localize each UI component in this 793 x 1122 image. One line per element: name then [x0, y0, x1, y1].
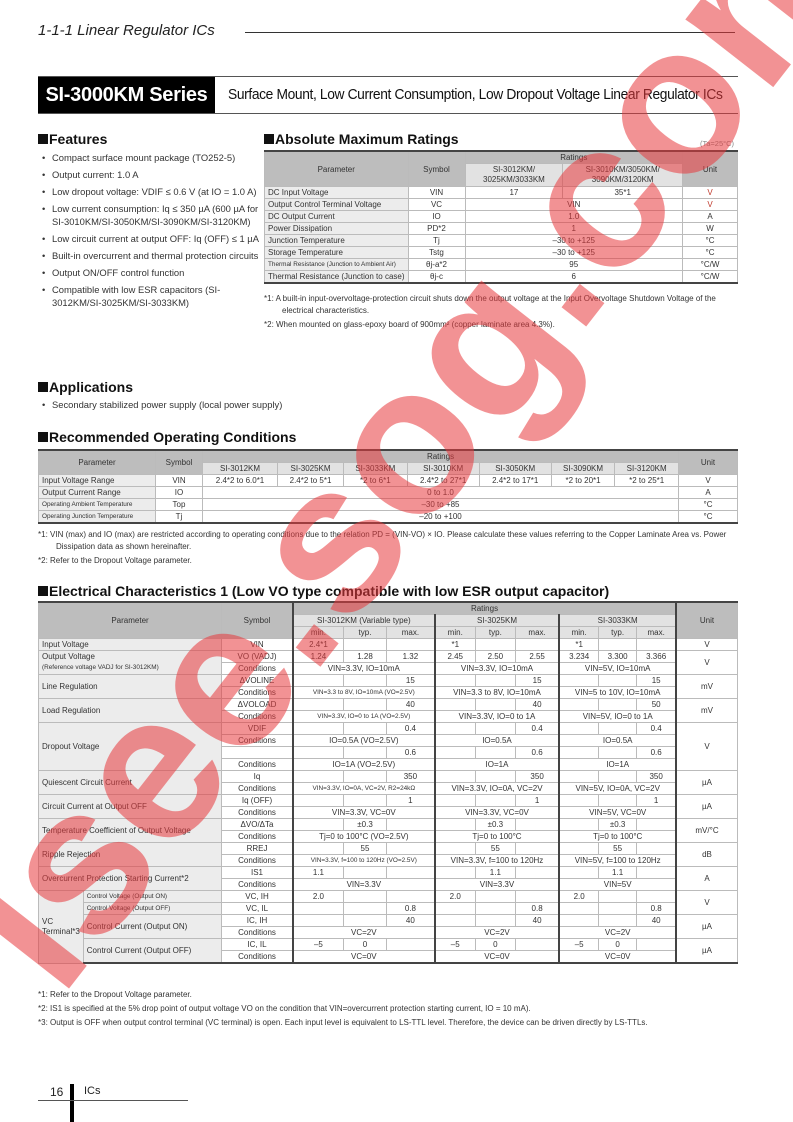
list-item: Built-in overcurrent and thermal protect…: [38, 249, 260, 262]
table-cell: [637, 891, 676, 903]
table-cell: Ratings: [465, 151, 683, 164]
table-cell: ±0.3: [475, 819, 515, 831]
table-cell: VIN: [408, 187, 465, 199]
table-cell: Conditions: [222, 687, 294, 699]
table-cell: [559, 795, 598, 807]
table-cell: VC=0V: [293, 951, 435, 964]
table-cell: [515, 939, 559, 951]
table-row: Thermal Resistance (Junction to case)θj-…: [265, 271, 738, 284]
table-cell: W: [683, 223, 738, 235]
applications-heading: Applications: [38, 379, 133, 395]
table-cell: [343, 795, 386, 807]
table-cell: 3.234: [559, 651, 598, 663]
table-cell: 2.0: [435, 891, 476, 903]
table-cell: Storage Temperature: [265, 247, 409, 259]
series-subtitle: Surface Mount, Low Current Consumption, …: [228, 77, 722, 113]
table-row: Operating Junction TemperatureTj–20 to +…: [39, 511, 738, 524]
table-row: Input Voltage RangeVIN2.4*2 to 6.0*12.4*…: [39, 475, 738, 487]
table-cell: SI-3012KM/ 3025KM/3033KM: [465, 164, 563, 187]
list-item: Low circuit current at output OFF: Iq (O…: [38, 232, 260, 245]
table-cell: [435, 795, 476, 807]
table-cell: VC=2V: [293, 927, 435, 939]
table-cell: [559, 771, 598, 783]
table-cell: Tj: [408, 235, 465, 247]
table-cell: VIN=5V, VC=0V: [559, 807, 676, 819]
table-cell: –20 to +100: [203, 511, 679, 524]
table-cell: VIN=3.3V, VC=0V: [435, 807, 560, 819]
table-cell: Tj: [156, 511, 203, 524]
table-cell: ΔVOLINE: [222, 675, 294, 687]
table-cell: min.: [293, 627, 343, 639]
table-cell: [293, 915, 343, 927]
table-cell: A: [679, 487, 738, 499]
table-cell: VIN=5V, IO=0A, VC=2V: [559, 783, 676, 795]
table-cell: *1: [559, 639, 598, 651]
footnote: *1: Refer to the Dropout Voltage paramet…: [38, 989, 758, 1001]
table-row: Output Voltage(Reference voltage VADJ fo…: [39, 651, 738, 663]
table-cell: [435, 819, 476, 831]
table-cell: 6: [465, 271, 683, 284]
list-item: Compatible with low ESR capacitors (SI-3…: [38, 283, 260, 309]
table-cell: 2.4*2 to 6.0*1: [203, 475, 278, 487]
table-cell: 55: [598, 843, 636, 855]
table-cell: 3.300: [598, 651, 636, 663]
table-cell: [435, 747, 476, 759]
table-cell: VIN=5V, IO=0 to 1A: [559, 711, 676, 723]
table-cell: *2 to 20*1: [551, 475, 615, 487]
table-cell: [598, 903, 636, 915]
table-cell: [637, 843, 676, 855]
table-cell: Operating Ambient Temperature: [39, 499, 156, 511]
table-cell: [435, 771, 476, 783]
table-cell: 0.8: [515, 903, 559, 915]
table-cell: µA: [676, 771, 738, 795]
table-cell: typ.: [598, 627, 636, 639]
table-cell: °C/W: [683, 259, 738, 271]
table-cell: [475, 699, 515, 711]
table-cell: –5: [435, 939, 476, 951]
table-cell: IC, IL: [222, 939, 294, 951]
table-cell: Unit: [683, 151, 738, 187]
table-cell: VC, IL: [222, 903, 294, 915]
table-row: Input VoltageVIN2.4*1*1*1V: [39, 639, 738, 651]
amr-condition: (Ta=25°C): [700, 139, 734, 148]
table-cell: VIN=3.3V, f=100 to 120Hz (VO=2.5V): [293, 855, 435, 867]
header-rule: [245, 32, 735, 33]
table-cell: Conditions: [222, 711, 294, 723]
table-cell: [387, 939, 435, 951]
table-cell: [637, 639, 676, 651]
footer-bar: [70, 1084, 74, 1122]
table-cell: θj-a*2: [408, 259, 465, 271]
table-row: Storage TemperatureTstg–30 to +125°C: [265, 247, 738, 259]
table-cell: 0.4: [515, 723, 559, 735]
table-cell: 2.4*2 to 27*1: [407, 475, 479, 487]
table-cell: [475, 675, 515, 687]
features-heading: Features: [38, 131, 107, 147]
table-cell: [435, 723, 476, 735]
table-cell: [559, 867, 598, 879]
table-cell: µA: [676, 795, 738, 819]
table-cell: [515, 867, 559, 879]
table-cell: [559, 843, 598, 855]
table-row: Temperature Coefficient of Output Voltag…: [39, 819, 738, 831]
table-cell: [559, 675, 598, 687]
table-cell: 95: [465, 259, 683, 271]
table-cell: 0: [598, 939, 636, 951]
table-cell: VIN=5 to 10V, IO=10mA: [559, 687, 676, 699]
table-cell: IO=0.5A: [559, 735, 676, 747]
table-cell: 40: [515, 699, 559, 711]
table-cell: Parameter: [265, 151, 409, 187]
table-cell: 40: [387, 699, 435, 711]
table-row: Quiescent Circuit CurrentIq350350350µA: [39, 771, 738, 783]
table-cell: IO: [408, 211, 465, 223]
amr-table: ParameterSymbolRatingsUnitSI-3012KM/ 302…: [264, 150, 738, 284]
table-cell: 350: [515, 771, 559, 783]
table-cell: [515, 891, 559, 903]
table-cell: 350: [637, 771, 676, 783]
table-cell: [293, 843, 343, 855]
table-row: Circuit Current at Output OFFIq (OFF)111…: [39, 795, 738, 807]
table-cell: 1.0: [465, 211, 683, 223]
table-row: Output Current RangeIO0 to 1.0A: [39, 487, 738, 499]
table-cell: RREJ: [222, 843, 294, 855]
table-cell: 2.55: [515, 651, 559, 663]
table-cell: VIN=3.3V, VC=0V: [293, 807, 435, 819]
table-cell: Power Dissipation: [265, 223, 409, 235]
table-cell: 2.0: [559, 891, 598, 903]
table-cell: *2 to 6*1: [344, 475, 408, 487]
table-cell: V: [676, 639, 738, 651]
table-cell: [343, 891, 386, 903]
footer-rule: [38, 1100, 188, 1101]
table-cell: DC Output Current: [265, 211, 409, 223]
table-cell: Output Voltage(Reference voltage VADJ fo…: [39, 651, 222, 675]
table-cell: 1.32: [387, 651, 435, 663]
table-cell: VDIF: [222, 723, 294, 735]
table-cell: 40: [387, 915, 435, 927]
table-cell: [598, 723, 636, 735]
table-cell: Conditions: [222, 879, 294, 891]
table-cell: Control Current (Output ON): [83, 915, 221, 939]
table-cell: [387, 867, 435, 879]
list-item: Compact surface mount package (TO252-5): [38, 151, 260, 164]
table-cell: 1.24: [293, 651, 343, 663]
roc-table: ParameterSymbolRatingsUnitSI-3012KMSI-30…: [38, 449, 738, 524]
table-cell: max.: [515, 627, 559, 639]
ec-notes: *1: Refer to the Dropout Voltage paramet…: [38, 989, 758, 1031]
table-cell: SI-3025KM: [435, 615, 560, 627]
table-cell: [559, 915, 598, 927]
table-cell: 2.45: [435, 651, 476, 663]
table-cell: [435, 843, 476, 855]
footnote: *2: IS1 is specified at the 5% drop poin…: [38, 1003, 758, 1015]
table-cell: Conditions: [222, 663, 294, 675]
table-cell: Load Regulation: [39, 699, 222, 723]
table-cell: Quiescent Circuit Current: [39, 771, 222, 795]
table-cell: V: [683, 199, 738, 211]
table-cell: 1.1: [475, 867, 515, 879]
table-cell: Conditions: [222, 759, 294, 771]
table-cell: 0.6: [637, 747, 676, 759]
table-cell: [475, 771, 515, 783]
table-row: Output Control Terminal VoltageVCVINV: [265, 199, 738, 211]
table-cell: Ratings: [203, 450, 679, 463]
table-cell: 2.4*2 to 5*1: [278, 475, 344, 487]
table-cell: 15: [637, 675, 676, 687]
table-cell: *2 to 25*1: [615, 475, 679, 487]
table-cell: SI-3033KM: [344, 463, 408, 475]
table-cell: Control Voltage (Output OFF): [83, 903, 221, 915]
table-row: Load RegulationΔVOLOAD404050mV: [39, 699, 738, 711]
table-cell: 0 to 1.0: [203, 487, 679, 499]
table-cell: Tj=0 to 100°C (VO=2.5V): [293, 831, 435, 843]
table-cell: min.: [559, 627, 598, 639]
table-cell: Conditions: [222, 855, 294, 867]
table-cell: VC Terminal*3: [39, 891, 84, 964]
ec-table: ParameterSymbolRatingsUnitSI-3012KM (Var…: [38, 601, 738, 964]
table-row: Line RegulationΔVOLINE151515mV: [39, 675, 738, 687]
table-cell: Conditions: [222, 951, 294, 964]
table-cell: IO=1A: [559, 759, 676, 771]
table-row: VC Terminal*3Control Voltage (Output ON)…: [39, 891, 738, 903]
table-cell: 40: [637, 915, 676, 927]
table-cell: [475, 903, 515, 915]
table-cell: 17: [465, 187, 563, 199]
table-row: Power DissipationPD*21W: [265, 223, 738, 235]
list-item: Low dropout voltage: VDIF ≤ 0.6 V (at IO…: [38, 185, 260, 198]
table-cell: [637, 939, 676, 951]
table-cell: 0: [343, 939, 386, 951]
table-cell: [515, 639, 559, 651]
table-cell: [598, 639, 636, 651]
table-cell: Parameter: [39, 450, 156, 475]
table-cell: VC: [408, 199, 465, 211]
table-cell: [293, 771, 343, 783]
table-cell: Ratings: [293, 602, 676, 615]
table-row: Control Current (Output ON)IC, IH404040µ…: [39, 915, 738, 927]
table-cell: [475, 723, 515, 735]
table-cell: VC=0V: [559, 951, 676, 964]
table-cell: DC Input Voltage: [265, 187, 409, 199]
roc-heading: Recommended Operating Conditions: [38, 429, 296, 445]
table-cell: [293, 819, 343, 831]
table-cell: [475, 891, 515, 903]
table-cell: PD*2: [408, 223, 465, 235]
table-cell: VIN=3.3V, IO=0A, VC=2V: [435, 783, 560, 795]
table-cell: IO=0.5A: [435, 735, 560, 747]
table-header-row: ParameterSymbolRatingsUnit: [265, 151, 738, 164]
table-cell: VIN=3.3 to 8V, IO=10mA (VO=2.5V): [293, 687, 435, 699]
table-cell: 2.4*2 to 17*1: [479, 475, 551, 487]
table-cell: IO=0.5A (VO=2.5V): [293, 735, 435, 747]
footnote: *1: VIN (max) and IO (max) are restricte…: [38, 529, 743, 553]
table-cell: [598, 891, 636, 903]
table-cell: VIN=3.3V, IO=0A, VC=2V, R2=24kΩ: [293, 783, 435, 795]
table-cell: [343, 723, 386, 735]
table-cell: [475, 747, 515, 759]
table-cell: [475, 639, 515, 651]
table-cell: VIN=3.3 to 8V, IO=10mA: [435, 687, 560, 699]
table-cell: SI-3050KM: [479, 463, 551, 475]
table-cell: [559, 747, 598, 759]
table-cell: 1.1: [598, 867, 636, 879]
table-cell: dB: [676, 843, 738, 867]
list-item: Output current: 1.0 A: [38, 168, 260, 181]
table-cell: 2.50: [475, 651, 515, 663]
table-cell: max.: [387, 627, 435, 639]
table-cell: 1: [465, 223, 683, 235]
table-cell: [343, 903, 386, 915]
table-cell: °C: [683, 235, 738, 247]
roc-notes: *1: VIN (max) and IO (max) are restricte…: [38, 529, 743, 569]
table-cell: SI-3010KM: [407, 463, 479, 475]
table-cell: VIN=3.3V, IO=10mA: [293, 663, 435, 675]
table-row: Operating Ambient TemperatureTop–30 to +…: [39, 499, 738, 511]
table-cell: IO: [156, 487, 203, 499]
table-cell: VIN=3.3V, IO=10mA: [435, 663, 560, 675]
table-cell: [637, 819, 676, 831]
footnote: *2: Refer to the Dropout Voltage paramet…: [38, 555, 743, 567]
table-cell: 0.6: [387, 747, 435, 759]
table-cell: Iq (OFF): [222, 795, 294, 807]
section-header: 1-1-1 Linear Regulator ICs: [38, 22, 215, 39]
table-cell: [293, 795, 343, 807]
table-cell: Thermal Resistance (Junction to Ambient …: [265, 259, 409, 271]
table-cell: [559, 903, 598, 915]
table-cell: Output Control Terminal Voltage: [265, 199, 409, 211]
table-cell: °C/W: [683, 271, 738, 284]
table-cell: Tj=0 to 100°C: [559, 831, 676, 843]
table-cell: Tj=0 to 100°C: [435, 831, 560, 843]
table-cell: 15: [515, 675, 559, 687]
table-row: Junction TemperatureTj–30 to +125°C: [265, 235, 738, 247]
table-cell: 0.4: [637, 723, 676, 735]
table-cell: VIN: [465, 199, 683, 211]
table-cell: 1: [387, 795, 435, 807]
table-cell: 350: [387, 771, 435, 783]
table-cell: SI-3010KM/3050KM/ 3090KM/3120KM: [563, 164, 683, 187]
table-cell: [559, 723, 598, 735]
table-cell: 15: [387, 675, 435, 687]
table-cell: [343, 867, 386, 879]
table-cell: Conditions: [222, 831, 294, 843]
table-cell: ΔVO/ΔTa: [222, 819, 294, 831]
table-cell: [293, 723, 343, 735]
table-row: DC Output CurrentIO1.0A: [265, 211, 738, 223]
table-cell: [435, 675, 476, 687]
table-cell: [343, 639, 386, 651]
applications-list: Secondary stabilized power supply (local…: [38, 398, 338, 415]
ec-heading: Electrical Characteristics 1 (Low VO typ…: [38, 583, 609, 599]
features-list: Compact surface mount package (TO252-5)O…: [38, 151, 260, 313]
table-cell: VIN: [156, 475, 203, 487]
footnote: *1: A built-in input-overvoltage-protect…: [264, 293, 744, 317]
footnote: *2: When mounted on glass-epoxy board of…: [264, 319, 744, 331]
table-cell: –30 to +125: [465, 235, 683, 247]
table-cell: 50: [637, 699, 676, 711]
table-cell: [598, 915, 636, 927]
table-cell: °C: [679, 499, 738, 511]
table-cell: [387, 891, 435, 903]
table-cell: SI-3025KM: [278, 463, 344, 475]
title-bar: SI-3000KM Series Surface Mount, Low Curr…: [38, 76, 738, 114]
table-cell: V: [676, 891, 738, 915]
table-cell: Temperature Coefficient of Output Voltag…: [39, 819, 222, 843]
table-cell: IO=1A (VO=2.5V): [293, 759, 435, 771]
table-cell: VIN=3.3V, f=100 to 120Hz: [435, 855, 560, 867]
table-cell: [293, 699, 343, 711]
table-cell: [559, 819, 598, 831]
table-cell: [343, 699, 386, 711]
table-cell: Input Voltage: [39, 639, 222, 651]
table-cell: IO=1A: [435, 759, 560, 771]
table-cell: [475, 795, 515, 807]
table-cell: 1.28: [343, 651, 386, 663]
table-cell: [598, 771, 636, 783]
page-number: 16: [50, 1085, 63, 1099]
table-cell: IS1: [222, 867, 294, 879]
table-cell: VIN=3.3V, IO=0 to 1A (VO=2.5V): [293, 711, 435, 723]
table-cell: [293, 747, 343, 759]
table-cell: 0.6: [515, 747, 559, 759]
table-cell: Conditions: [222, 927, 294, 939]
table-cell: V: [676, 651, 738, 675]
table-cell: 0.4: [387, 723, 435, 735]
table-cell: VC=2V: [559, 927, 676, 939]
table-cell: °C: [683, 247, 738, 259]
table-cell: Top: [156, 499, 203, 511]
table-cell: [598, 699, 636, 711]
table-cell: VC=0V: [435, 951, 560, 964]
table-cell: –5: [559, 939, 598, 951]
table-cell: [387, 819, 435, 831]
footer-label: ICs: [84, 1085, 101, 1097]
table-cell: ΔVOLOAD: [222, 699, 294, 711]
table-cell: 2.0: [293, 891, 343, 903]
table-cell: [343, 771, 386, 783]
table-cell: –5: [293, 939, 343, 951]
table-cell: Circuit Current at Output OFF: [39, 795, 222, 819]
table-cell: V: [683, 187, 738, 199]
table-cell: 0.8: [637, 903, 676, 915]
table-cell: VIN=5V, f=100 to 120Hz: [559, 855, 676, 867]
table-cell: [435, 867, 476, 879]
table-cell: SI-3090KM: [551, 463, 615, 475]
table-row: Thermal Resistance (Junction to Ambient …: [265, 259, 738, 271]
table-cell: Conditions: [222, 807, 294, 819]
table-row: Control Voltage (Output OFF)VC, IL0.80.8…: [39, 903, 738, 915]
table-cell: 55: [475, 843, 515, 855]
table-cell: VC=2V: [435, 927, 560, 939]
table-cell: SI-3033KM: [559, 615, 676, 627]
table-cell: mV: [676, 675, 738, 699]
table-cell: [435, 699, 476, 711]
table-cell: Symbol: [156, 450, 203, 475]
table-cell: Operating Junction Temperature: [39, 511, 156, 524]
table-row: Ripple RejectionRREJ555555dB: [39, 843, 738, 855]
table-cell: VO (VADJ): [222, 651, 294, 663]
table-cell: VIN=5V: [559, 879, 676, 891]
table-cell: Unit: [676, 602, 738, 639]
table-cell: θj-c: [408, 271, 465, 284]
table-row: Dropout VoltageVDIF0.40.40.4V: [39, 723, 738, 735]
table-cell: SI-3012KM: [203, 463, 278, 475]
table-cell: mV/°C: [676, 819, 738, 843]
table-cell: V: [679, 475, 738, 487]
table-cell: [598, 747, 636, 759]
